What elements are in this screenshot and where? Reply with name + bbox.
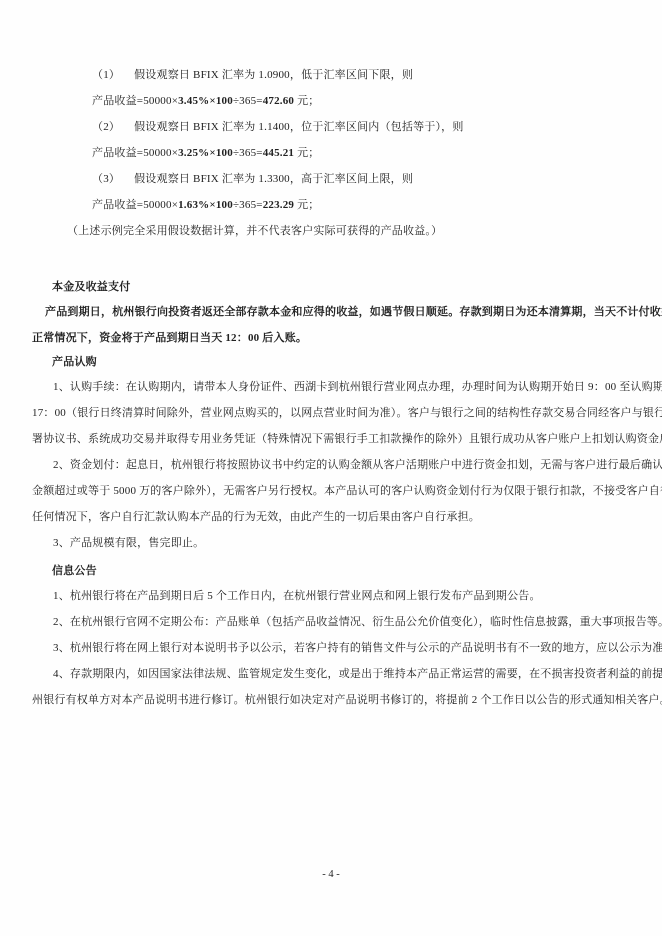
formula-pre: 产品收益=50000× xyxy=(92,95,178,107)
page-number: - 4 - xyxy=(0,862,662,888)
payment-paragraph-line-1: 产品到期日，杭州银行向投资者返还全部存款本金和应得的收益，如遇节假日顺延。存款到… xyxy=(45,299,630,325)
subscription-para2-line-1: 2、资金划付：起息日，杭州银行将按照协议书中约定的认购金额从客户活期账户中进行资… xyxy=(53,452,630,478)
example-2-label: （2） xyxy=(92,114,120,140)
announcement-item-4-line-1: 4、存款期限内，如因国家法律法规、监管规定发生变化，或是出于维持本产品正常运营的… xyxy=(53,661,630,687)
formula-rate: 3.45%×100 xyxy=(178,95,233,107)
payment-paragraph-line-2: 正常情况下，资金将于产品到期日当天 12：00 后入账。 xyxy=(32,325,630,351)
example-1-formula-line: 产品收益=50000×3.45%×100÷365=472.60 元； xyxy=(92,88,630,114)
formula-mid: ÷365= xyxy=(233,199,263,211)
formula-rate: 3.25%×100 xyxy=(178,147,233,159)
subscription-para1-line-3: 署协议书、系统成功交易并取得专用业务凭证（特殊情况下需银行手工扣款操作的除外）且… xyxy=(32,426,630,452)
formula-suffix: 元； xyxy=(294,95,319,107)
formula-mid: ÷365= xyxy=(233,95,263,107)
announcement-item-1: 1、杭州银行将在产品到期日后 5 个工作日内，在杭州银行营业网点和网上银行发布产… xyxy=(53,583,630,609)
formula-mid: ÷365= xyxy=(233,147,263,159)
subscription-para3: 3、产品规模有限，售完即止。 xyxy=(53,530,630,556)
example-2-formula-line: 产品收益=50000×3.25%×100÷365=445.21 元； xyxy=(92,140,630,166)
example-3-condition: 假设观察日 BFIX 汇率为 1.3300，高于汇率区间上限，则 xyxy=(134,173,413,185)
example-3-label: （3） xyxy=(92,166,120,192)
subscription-para1-line-2: 17：00（银行日终清算时间除外，营业网点购买的，以网点营业时间为准）。客户与银… xyxy=(32,400,630,426)
formula-result: 223.29 xyxy=(263,199,294,211)
example-2-condition-line: （2）假设观察日 BFIX 汇率为 1.1400，位于汇率区间内（包括等于），则 xyxy=(92,114,630,140)
announcement-item-3: 3、杭州银行将在网上银行对本说明书予以公示，若客户持有的销售文件与公示的产品说明… xyxy=(53,635,630,661)
example-2-condition: 假设观察日 BFIX 汇率为 1.1400，位于汇率区间内（包括等于），则 xyxy=(134,121,463,133)
example-1-condition-line: （1）假设观察日 BFIX 汇率为 1.0900，低于汇率区间下限，则 xyxy=(92,62,630,88)
subscription-para2-line-2: 金额超过或等于 5000 万的客户除外），无需客户另行授权。本产品认可的客户认购… xyxy=(32,478,630,504)
formula-result: 472.60 xyxy=(263,95,294,107)
example-1-label: （1） xyxy=(92,62,120,88)
subscription-para1-line-1: 1、认购手续：在认购期内，请带本人身份证件、西湖卡到杭州银行营业网点办理，办理时… xyxy=(53,374,630,400)
example-3-formula-line: 产品收益=50000×1.63%×100÷365=223.29 元； xyxy=(92,192,630,218)
section-heading-announcement: 信息公告 xyxy=(52,558,630,584)
section-heading-payment: 本金及收益支付 xyxy=(52,274,630,300)
formula-rate: 1.63%×100 xyxy=(178,199,233,211)
announcement-item-2: 2、在杭州银行官网不定期公布：产品账单（包括产品收益情况、衍生品公允价值变化），… xyxy=(53,609,630,635)
formula-suffix: 元； xyxy=(294,199,319,211)
formula-pre: 产品收益=50000× xyxy=(92,199,178,211)
example-3-condition-line: （3）假设观察日 BFIX 汇率为 1.3300，高于汇率区间上限，则 xyxy=(92,166,630,192)
subscription-para2-line-3: 任何情况下，客户自行汇款认购本产品的行为无效，由此产生的一切后果由客户自行承担。 xyxy=(32,504,630,530)
formula-pre: 产品收益=50000× xyxy=(92,147,178,159)
example-disclaimer-note: （上述示例完全采用假设数据计算，并不代表客户实际可获得的产品收益。） xyxy=(67,218,630,244)
example-1-condition: 假设观察日 BFIX 汇率为 1.0900，低于汇率区间下限，则 xyxy=(134,69,413,81)
formula-suffix: 元； xyxy=(294,147,319,159)
section-heading-subscription: 产品认购 xyxy=(52,349,630,375)
document-page: （1）假设观察日 BFIX 汇率为 1.0900，低于汇率区间下限，则 产品收益… xyxy=(0,0,662,936)
formula-result: 445.21 xyxy=(263,147,294,159)
announcement-item-4-line-2: 州银行有权单方对本产品说明书进行修订。杭州银行如决定对产品说明书修订的，将提前 … xyxy=(32,687,630,713)
